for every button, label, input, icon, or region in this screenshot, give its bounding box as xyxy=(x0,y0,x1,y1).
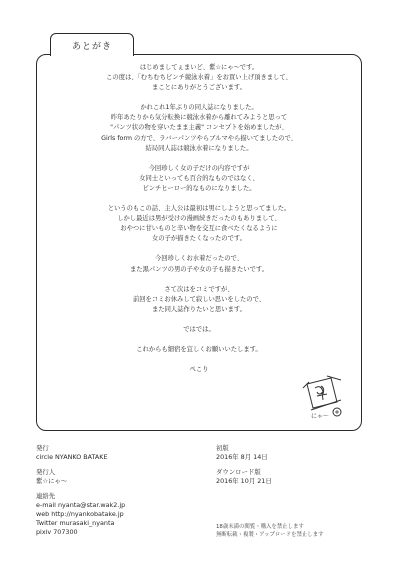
svg-text:にゃ～: にゃ～ xyxy=(311,413,329,420)
first-edition: 初版 2016年 8月 14日 xyxy=(216,444,272,462)
paragraph-protagonist: というのもこの話、主人公は最初は男にしようと思ってました。 しかし最近は男が受け… xyxy=(37,204,361,244)
download-edition: ダウンロード版 2016年 10月 21日 xyxy=(216,468,272,486)
paragraph-greeting: はじめましてぇまいど、紫☆にゃ～です。 この度は、「むちむちピンチ競泳水着」をお… xyxy=(37,63,361,93)
contact-info: 連絡先 e-mail nyanta@star.wak2.jp web http:… xyxy=(36,492,125,537)
paragraph-regards: これからも細宿を宜しくお願いいたします。 xyxy=(37,345,361,355)
signature-stamp-icon: にゃ～ xyxy=(297,374,347,420)
afterword-title: あとがき xyxy=(72,39,112,52)
tab-joint xyxy=(52,53,131,56)
paragraph-next-event: さて次はをコミですが、 前回をコミお休みして寂しい思いをしたので、 また同人誌作… xyxy=(37,285,361,315)
paragraph-closing: ではでは。 xyxy=(37,325,361,335)
paragraph-content: 今回珍しく女の子だけの内容ですが 女同士といっても百合的なものではなく、 ピンチ… xyxy=(37,164,361,194)
contact-email: e-mail nyanta@star.wak2.jp xyxy=(36,501,125,510)
publisher-person: 発行人 紫☆にゃ～ xyxy=(36,468,125,486)
contact-twitter: Twitter murasaki_nyanta xyxy=(36,519,125,528)
paragraph-future-wish: 今回珍しくお水着だったので、 また黒パンツの男の子や女の子も描きたいです。 xyxy=(37,254,361,274)
paragraph-background: かれこれ1年ぶりの同人誌になりました。 昨年あたりから気分転換に競泳水着から離れ… xyxy=(37,103,361,153)
publisher-circle: 発行 circle NYANKO BATAKE xyxy=(36,444,125,462)
contact-web: web http://nyankobatake.jp xyxy=(36,510,125,519)
colophon-publisher: 発行 circle NYANKO BATAKE 発行人 紫☆にゃ～ 連絡先 e-… xyxy=(36,444,125,543)
contact-pixiv: pixiv 707300 xyxy=(36,528,125,537)
colophon-dates: 初版 2016年 8月 14日 ダウンロード版 2016年 10月 21日 xyxy=(216,444,272,492)
legal-notice: 18歳未満の閲覧・購入を禁止します 無断転載・複製・アップロードを禁止します xyxy=(216,523,323,539)
afterword-body: はじめましてぇまいど、紫☆にゃ～です。 この度は、「むちむちピンチ競泳水着」をお… xyxy=(37,63,361,385)
afterword-frame: はじめましてぇまいど、紫☆にゃ～です。 この度は、「むちむちピンチ競泳水着」をお… xyxy=(36,54,362,431)
